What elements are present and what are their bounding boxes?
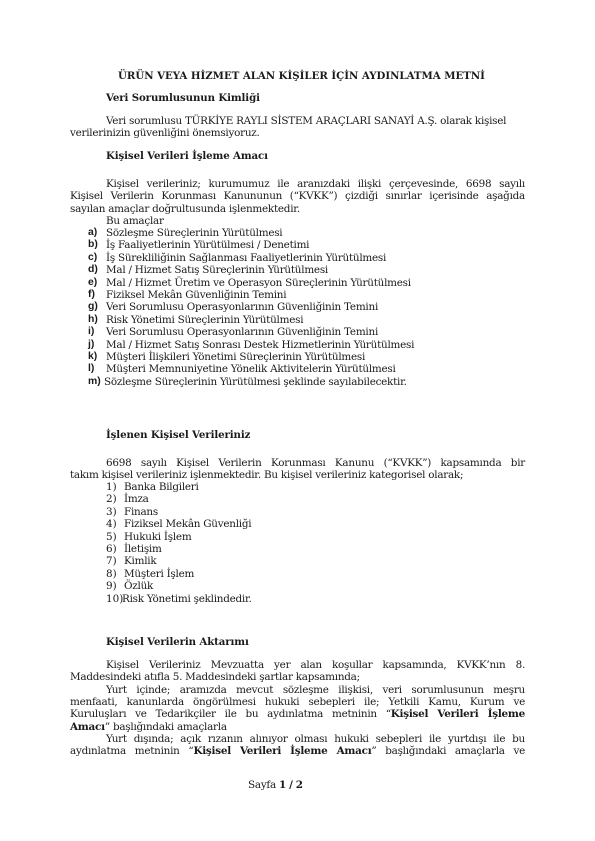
page-number: Sayfa 1 / 2 [248, 779, 303, 791]
list-item-label: m) [88, 376, 101, 388]
paragraph-line: aydınlatma metninin “Kişisel Verileri İş… [70, 745, 525, 757]
list-item-label: j) [88, 339, 94, 351]
paragraph-line: Amacı” başlığındaki amaçlarla [70, 721, 227, 733]
paragraph-line: Yurt dışında; açık rızanın alınıyor olma… [70, 733, 525, 745]
list-item: Müşteri İlişkileri Yönetimi Süreçlerinin… [106, 351, 365, 363]
paragraph-line: Kişisel verileriniz; kurumumuz ile aranı… [70, 178, 525, 190]
list-item-label: k) [88, 351, 97, 363]
list-item-number: 6) [106, 543, 117, 555]
heading-processed-data: İşlenen Kişisel Verileriniz [106, 429, 250, 441]
list-intro: Bu amaçlar [106, 215, 164, 227]
list-item-label: f) [88, 289, 95, 301]
list-item: Özlük [124, 580, 153, 592]
list-item: Kimlik [124, 555, 156, 567]
text-run: ” başlığındaki amaçlarla [105, 721, 227, 733]
list-item-number: 2) [106, 493, 117, 505]
list-item-number: 8) [106, 568, 117, 580]
list-item: Finans [124, 506, 158, 518]
paragraph-line: Maddesindeki atıfla 5. Maddesindeki şart… [70, 671, 360, 683]
list-item: Mal / Hizmet Üretim ve Operasyon Süreçle… [106, 277, 411, 289]
list-item: Sözleşme Süreçlerinin Yürütülmesi şeklin… [104, 376, 407, 388]
paragraph-line: menfaati, kanunlarda öngörülmesi hukuki … [70, 696, 525, 708]
page-label: Sayfa [248, 779, 276, 791]
list-item-number: 3) [106, 506, 117, 518]
bold-text-run: Kişisel Verileri İşleme Amacı [193, 745, 371, 757]
text-run: aydınlatma metninin “ [70, 745, 193, 757]
text-run: ” başlığındaki amaçlarla ve [371, 745, 525, 757]
paragraph-line: Kişisel Verileriniz Mevzuatta yer alan k… [70, 659, 525, 671]
bold-text-run: Kişisel Verileri İşleme [391, 708, 525, 720]
list-item-number: 9) [106, 580, 117, 592]
list-item: Banka Bilgileri [124, 481, 199, 493]
heading-processing-purpose: Kişisel Verileri İşleme Amacı [106, 150, 268, 162]
list-item: Fiziksel Mekân Güvenliği [124, 518, 251, 530]
paragraph-line: Veri sorumlusu TÜRKİYE RAYLI SİSTEM ARAÇ… [106, 115, 506, 127]
paragraph-line: Yurt içinde; aramızda mevcut sözleşme il… [70, 684, 525, 696]
list-item-number: 1) [106, 481, 117, 493]
list-item-number: 10) [106, 593, 123, 605]
list-item: Risk Yönetimi Süreçlerinin Yürütülmesi [106, 314, 303, 326]
list-item: Risk Yönetimi şeklindedir. [122, 593, 252, 605]
list-item: Mal / Hizmet Satış Süreçlerinin Yürütülm… [106, 264, 328, 276]
paragraph-line: takım kişisel verileriniz işlenmektedir.… [70, 469, 463, 481]
list-item-label: g) [88, 301, 98, 313]
page-separator: / [289, 779, 293, 791]
text-run: Kuruluşları ve Tedarikçiler ile bu aydın… [70, 708, 391, 720]
document-title: ÜRÜN VEYA HİZMET ALAN KİŞİLER İÇİN AYDIN… [118, 70, 485, 82]
paragraph-line: Kişisel Verilerin Korunması Kanununun (“… [70, 190, 525, 202]
list-item: İş Faaliyetlerinin Yürütülmesi / Denetim… [106, 239, 309, 251]
paragraph-line: Kuruluşları ve Tedarikçiler ile bu aydın… [70, 708, 525, 720]
list-item-label: h) [88, 314, 98, 326]
list-item-number: 5) [106, 531, 117, 543]
list-item: Veri Sorumlusu Operasyonlarının Güvenliğ… [106, 326, 378, 338]
list-item-number: 7) [106, 555, 117, 567]
paragraph-line: 6698 sayılı Kişisel Verilerin Korunması … [70, 457, 525, 469]
list-item: Fiziksel Mekân Güvenliğinin Temini [106, 289, 286, 301]
list-item: İletişim [124, 543, 162, 555]
bold-text-run: Amacı [70, 721, 105, 733]
heading-data-controller: Veri Sorumlusunun Kimliği [106, 92, 260, 104]
list-item-label: i) [88, 326, 94, 338]
list-item-label: e) [88, 277, 97, 289]
heading-data-transfer: Kişisel Verilerin Aktarımı [106, 636, 249, 648]
list-item: Müşteri Memnuniyetine Yönelik Aktivitele… [106, 363, 396, 375]
list-item: Hukuki İşlem [124, 531, 191, 543]
paragraph-line: verilerinizin güvenliğini önemsiyoruz. [70, 127, 260, 139]
list-item-label: d) [88, 264, 98, 276]
list-item-label: a) [88, 227, 97, 239]
list-item-label: l) [88, 363, 94, 375]
list-item: Veri Sorumlusu Operasyonlarının Güvenliğ… [106, 301, 378, 313]
list-item: Mal / Hizmet Satış Sonrası Destek Hizmet… [106, 339, 414, 351]
list-item: Müşteri İşlem [124, 568, 194, 580]
list-item-label: c) [88, 252, 97, 264]
list-item: Sözleşme Süreçlerinin Yürütülmesi [106, 227, 282, 239]
list-item: İmza [124, 493, 149, 505]
list-item-number: 4) [106, 518, 117, 530]
current-page: 1 [279, 779, 286, 791]
list-item-label: b) [88, 239, 98, 251]
list-item: İş Sürekliliğinin Sağlanması Faaliyetler… [106, 252, 386, 264]
paragraph-line: sayılan amaçlar doğrultusunda işlenmekte… [70, 203, 300, 215]
total-pages: 2 [296, 779, 303, 791]
